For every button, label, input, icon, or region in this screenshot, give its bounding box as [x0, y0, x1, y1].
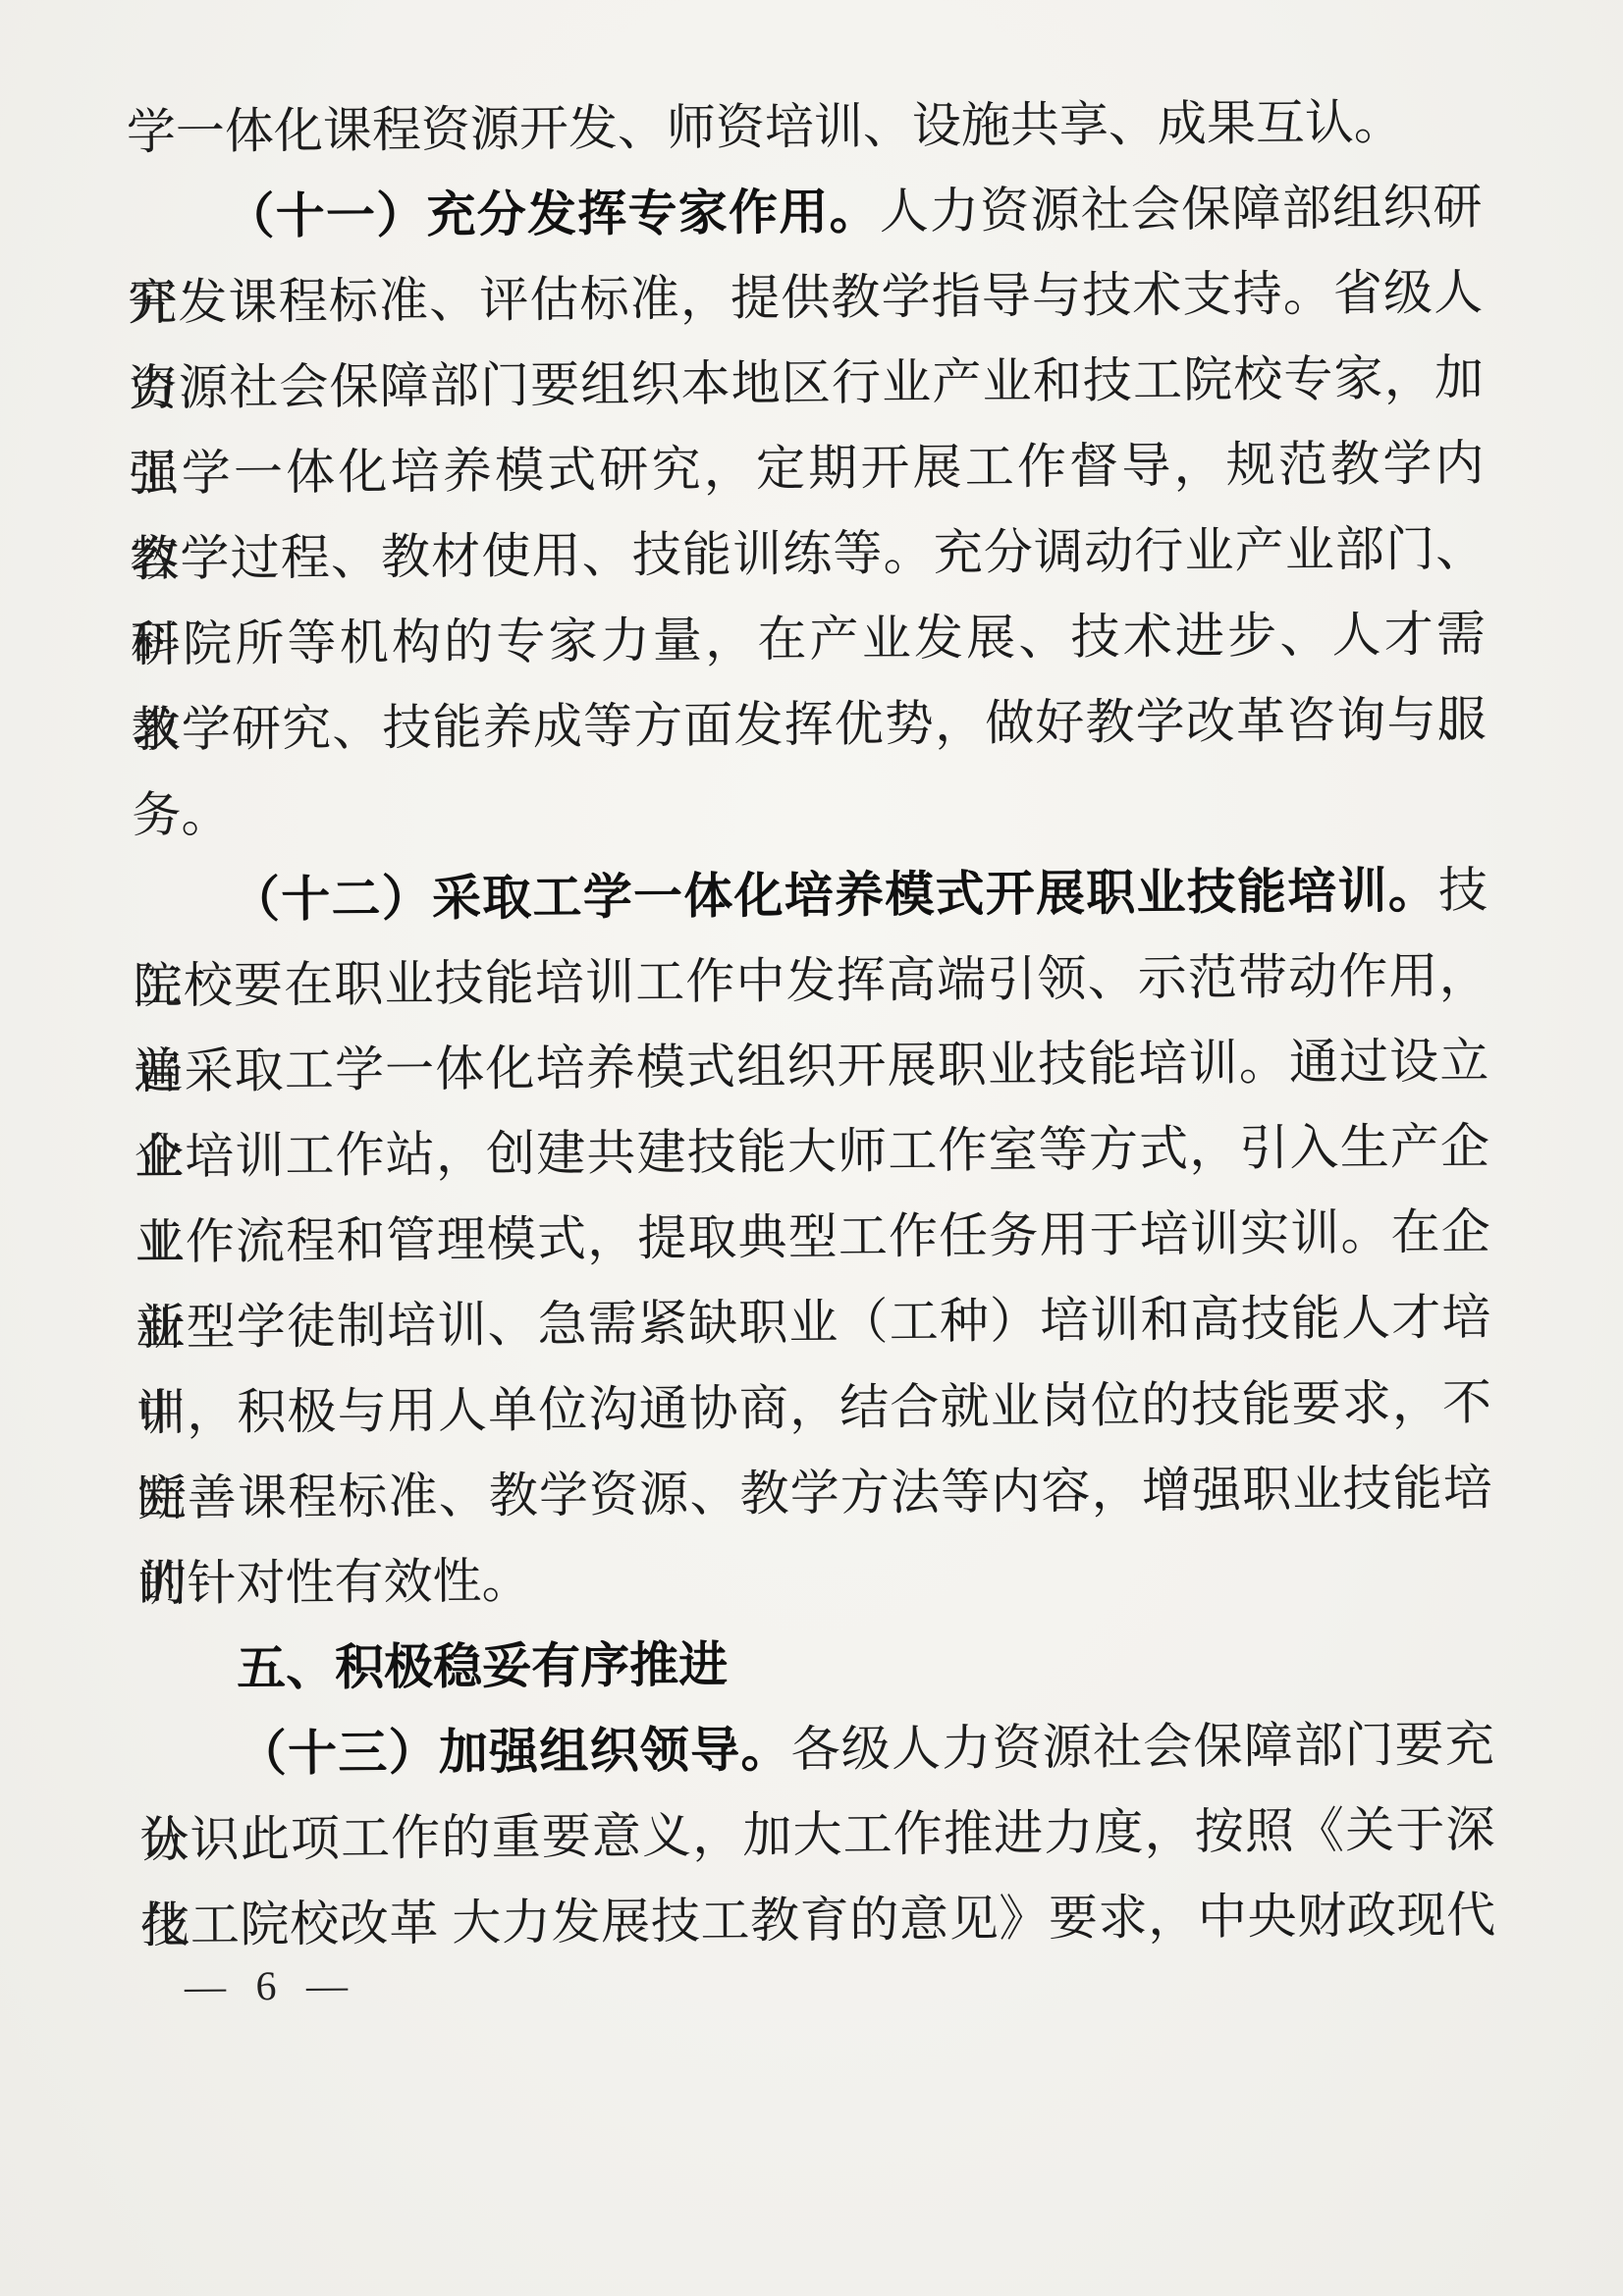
text-line: 新型学徒制培训、急需紧缺职业（工种）培训和高技能人才培训: [135, 1275, 1491, 1371]
lead-in-text: （十三）加强组织领导。: [238, 1722, 791, 1781]
text-line: 中，积极与用人单位沟通协商，结合就业岗位的技能要求，不断: [136, 1361, 1492, 1457]
text-line: 遍采取工学一体化培养模式组织开展职业技能培训。通过设立企: [134, 1019, 1489, 1115]
text-line: 认识此项工作的重要意义，加大工作推进力度，按照《关于深化: [139, 1788, 1495, 1884]
lead-in-text: （十二）采取工学一体化培养模式开展职业技能培训。: [231, 863, 1438, 928]
lead-in-text: （十一）充分发挥专家作用。: [225, 184, 880, 243]
text-line: 技工院校改革 大力发展技工教育的意见》要求，中央财政现代: [140, 1873, 1496, 1969]
text-line: 工作流程和管理模式，提取典型工作任务用于培训实训。在企业: [135, 1190, 1490, 1286]
text-line: 务。: [132, 763, 1488, 859]
text-line: 的针对性有效性。: [137, 1531, 1493, 1628]
text-line: 教学研究、技能养成等方面发挥优势，做好教学改革咨询与服: [131, 677, 1487, 774]
page-number: — 6 —: [185, 1956, 357, 2016]
text-line: 完善课程标准、教学资源、教学方法等内容，增强职业技能培训: [136, 1446, 1492, 1542]
text-line: 研院所等机构的专家力量，在产业发展、技术进步、人才需求、: [131, 592, 1487, 688]
document-text-block: 学一体化课程资源开发、师资培训、设施共享、成果互认。（十一）充分发挥专家作用。人…: [127, 80, 1496, 1969]
text-line: 教学过程、教材使用、技能训练等。充分调动行业产业部门、科: [130, 507, 1486, 603]
text-line: （十一）充分发挥专家作用。人力资源社会保障部组织研究: [127, 165, 1483, 261]
body-text: 技工院校改革 大力发展技工教育的意见》要求，中央财政现代: [140, 1888, 1495, 1953]
text-line: 工学一体化培养模式研究，定期开展工作督导，规范教学内容、: [129, 421, 1485, 517]
body-text: 务。: [132, 787, 230, 843]
body-text: 学一体化课程资源开发、师资培训、设施共享、成果互认。: [127, 94, 1403, 159]
text-line: 业培训工作站，创建共建技能大师工作室等方式，引入生产企业: [135, 1104, 1490, 1201]
text-line: 开发课程标准、评估标准，提供教学指导与技术支持。省级人力: [128, 250, 1484, 347]
scanned-document-page: 学一体化课程资源开发、师资培训、设施共享、成果互认。（十一）充分发挥专家作用。人…: [0, 0, 1623, 2296]
text-line: （十二）采取工学一体化培养模式开展职业技能培训。技工: [133, 848, 1488, 944]
section-heading: 五、积极稳妥有序推进: [138, 1617, 1494, 1713]
body-text: 的针对性有效性。: [137, 1553, 530, 1611]
text-line: 资源社会保障部门要组织本地区行业产业和技工院校专家，加强: [129, 336, 1485, 432]
text-line: 院校要在职业技能培训工作中发挥高端引领、示范带动作用，普: [133, 934, 1488, 1030]
text-line: 学一体化课程资源开发、师资培训、设施共享、成果互认。: [127, 80, 1483, 176]
body-text: 教学研究、技能养成等方面发挥优势，做好教学改革咨询与服: [131, 692, 1486, 758]
text-line: （十三）加强组织领导。各级人力资源社会保障部门要充分: [138, 1702, 1494, 1798]
lead-in-text: 五、积极稳妥有序推进: [237, 1637, 728, 1696]
